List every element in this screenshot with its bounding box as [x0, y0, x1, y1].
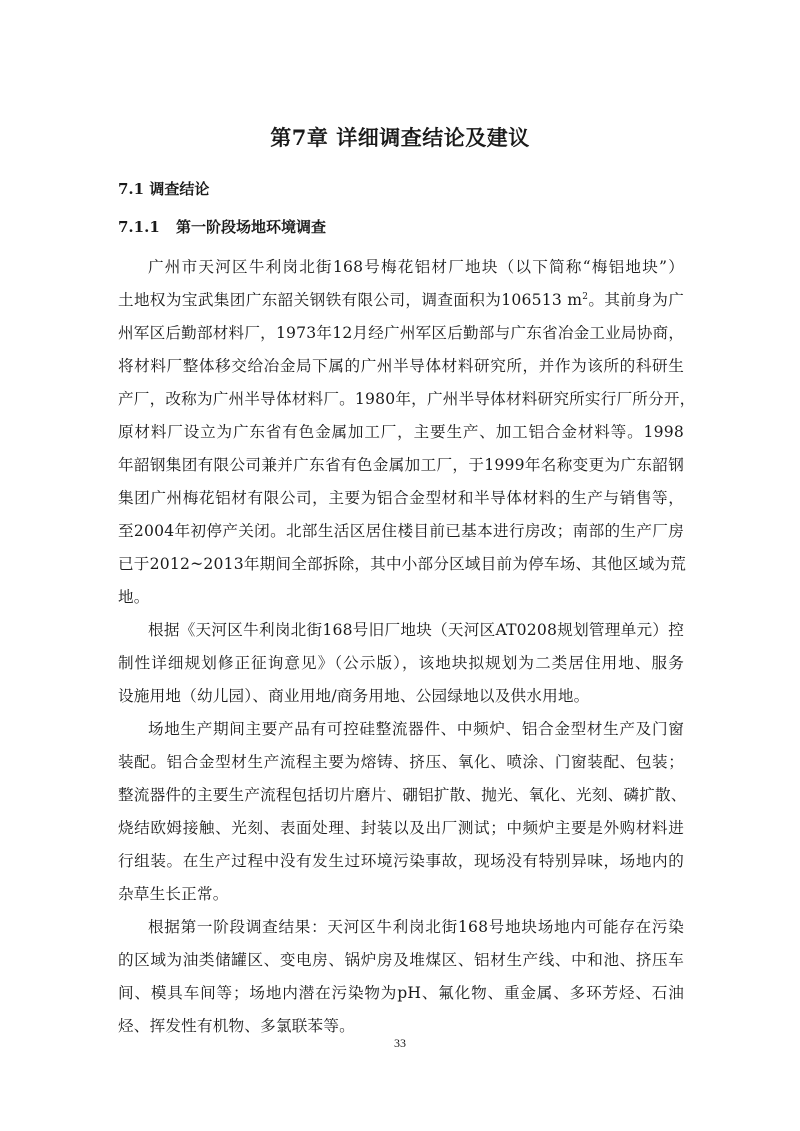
text-line: 行组装。在生产过程中没有发生过环境污染事故，现场没有特别异味，场地内的: [118, 851, 684, 871]
text-line: 杂草生长正常。: [118, 884, 684, 904]
text-line: 集团广州梅花铝材有限公司，主要为铝合金型材和半导体材料的生产与销售等，: [118, 488, 684, 508]
text-line: 制性详细规划修正征询意见》（公示版），该地块拟规划为二类居住用地、服务: [118, 653, 684, 673]
text-line: 装配。铝合金型材生产流程主要为熔铸、挤压、氧化、喷涂、门窗装配、包装；: [118, 752, 684, 772]
text-line: 地。: [118, 587, 684, 607]
text-line: 土地权为宝武集团广东韶关钢铁有限公司，调查面积为106513 m2。其前身为广: [118, 290, 684, 310]
subsection-title: 第一阶段场地环境调查: [176, 218, 326, 236]
text-line: 的区域为油类储罐区、变电房、锅炉房及堆煤区、铝材生产线、中和池、挤压车: [118, 950, 684, 970]
document-page: 第7章 详细调查结论及建议 7.1 调查结论 7.1.1第一阶段场地环境调查 广…: [0, 0, 800, 1131]
text-line: 广州市天河区牛利岗北街168号梅花铝材厂地块（以下简称“梅铝地块”）: [148, 257, 684, 277]
subsection-number: 7.1.1: [118, 218, 176, 236]
text-line: 至2004年初停产关闭。北部生活区居住楼目前已基本进行房改；南部的生产厂房: [118, 521, 684, 541]
text-span: 。其前身为广: [588, 291, 684, 309]
text-line: 场地生产期间主要产品有可控硅整流器件、中频炉、铝合金型材生产及门窗: [148, 719, 684, 739]
text-line: 已于2012~2013年期间全部拆除，其中小部分区域目前为停车场、其他区域为荒: [118, 554, 684, 574]
text-line: 间、模具车间等；场地内潜在污染物为pH、氟化物、重金属、多环芳烃、石油: [118, 983, 684, 1003]
text-line: 烃、挥发性有机物、多氯联苯等。: [118, 1016, 684, 1036]
text-line: 根据《天河区牛利岗北街168号旧厂地块（天河区AT0208规划管理单元）控: [148, 620, 684, 640]
text-line: 整流器件的主要生产流程包括切片磨片、硼铝扩散、抛光、氧化、光刻、磷扩散、: [118, 785, 684, 805]
chapter-title: 第7章 详细调查结论及建议: [0, 122, 800, 152]
text-line: 设施用地（幼儿园）、商业用地/商务用地、公园绿地以及供水用地。: [118, 686, 684, 706]
text-line: 州军区后勤部材料厂，1973年12月经广州军区后勤部与广东省冶金工业局协商，: [118, 323, 684, 343]
subsection-heading: 7.1.1第一阶段场地环境调查: [118, 216, 326, 237]
text-line: 将材料厂整体移交给冶金局下属的广州半导体材料研究所，并作为该所的科研生: [118, 356, 684, 376]
section-number: 7.1: [118, 180, 144, 198]
page-number: 33: [0, 1036, 800, 1051]
text-span: 土地权为宝武集团广东韶关钢铁有限公司，调查面积为106513 m: [118, 291, 582, 309]
section-heading: 7.1 调查结论: [118, 178, 209, 199]
text-line: 根据第一阶段调查结果：天河区牛利岗北街168号地块场地内可能存在污染: [148, 917, 684, 937]
text-line: 年韶钢集团有限公司兼并广东省有色金属加工厂，于1999年名称变更为广东韶钢: [118, 455, 684, 475]
text-line: 产厂，改称为广州半导体材料厂。1980年，广州半导体材料研究所实行厂所分开，: [118, 389, 684, 409]
text-line: 原材料厂设立为广东省有色金属加工厂，主要生产、加工铝合金材料等。1998: [118, 422, 684, 442]
text-line: 烧结欧姆接触、光刻、表面处理、封装以及出厂测试；中频炉主要是外购材料进: [118, 818, 684, 838]
section-title: 调查结论: [149, 180, 209, 198]
